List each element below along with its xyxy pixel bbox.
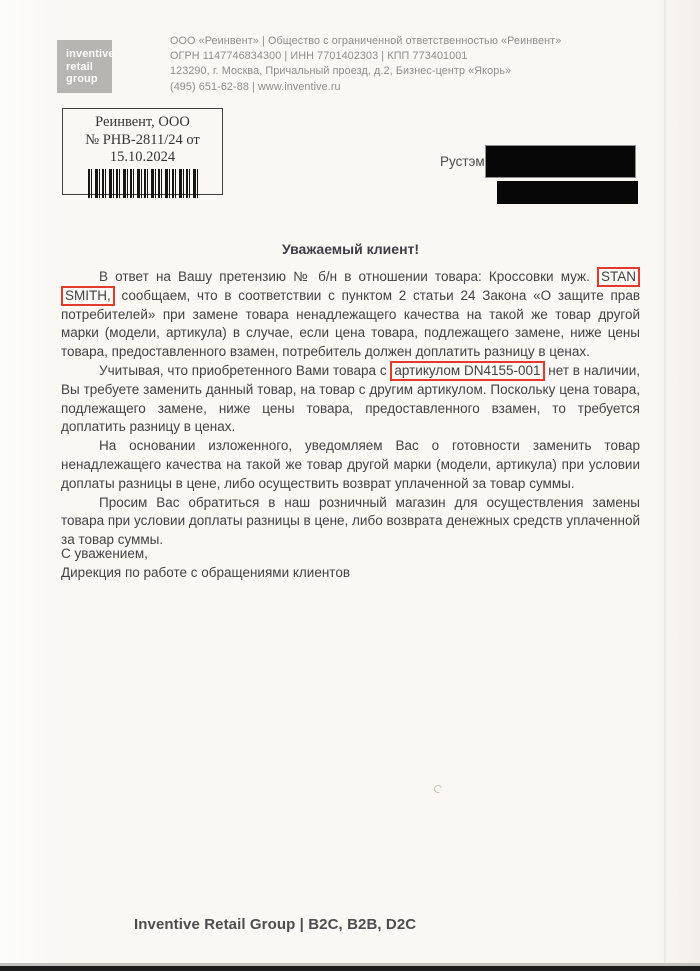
company-contact-line: (495) 651-62-88 | www.inventive.ru [170, 80, 561, 95]
logo-line: inventive [66, 48, 112, 61]
stamp-document-number: № РНВ-2811/24 от [63, 132, 222, 150]
scan-smudge-artifact [433, 784, 443, 794]
redaction-bar [486, 146, 635, 177]
company-registration-line: ОГРН 1147746834300 | ИНН 7701402303 | КП… [170, 49, 561, 64]
letter-closing: С уважением, Дирекция по работе с обраще… [61, 545, 350, 583]
barcode [88, 169, 198, 198]
letter-paragraph: Просим Вас обратиться в наш розничный ма… [61, 494, 640, 550]
letter-salutation: Уважаемый клиент! [61, 241, 640, 257]
inventive-retail-group-logo: inventive retail group [57, 40, 112, 93]
closing-regards-line: С уважением, [61, 545, 350, 564]
logo-line: group [66, 73, 112, 86]
paragraph-text: Учитывая, что приобретенного Вами товара… [99, 363, 390, 378]
red-annotation-boxed-text: артикулом DN4155-001 [390, 361, 544, 381]
recipient-name: Рустэм [440, 154, 485, 169]
footer-brand-line: Inventive Retail Group | B2C, B2B, D2C [134, 916, 416, 933]
letter-paragraph: На основании изложенного, уведомляем Вас… [61, 437, 640, 493]
letter-paragraph: Учитывая, что приобретенного Вами товара… [61, 362, 640, 437]
letter-paragraph: В ответ на Вашу претензию № б/н в отноше… [61, 268, 640, 362]
paragraph-text: Просим Вас обратиться в наш розничный ма… [61, 495, 640, 548]
scanned-letter-page: inventive retail group ООО «Реинвент» | … [0, 0, 700, 971]
paragraph-text: В ответ на Вашу претензию № б/н в отноше… [99, 269, 597, 284]
paragraph-text: На основании изложенного, уведомляем Вас… [61, 438, 640, 491]
stamp-org-name: Реинвент, ООО [63, 114, 222, 132]
closing-department-line: Дирекция по работе с обращениями клиенто… [61, 564, 350, 583]
paragraph-text: сообщаем, что в соответствии с пунктом 2… [61, 288, 640, 359]
company-details-block: ООО «Реинвент» | Общество с ограниченной… [170, 34, 561, 95]
stamp-date: 15.10.2024 [63, 149, 222, 167]
registration-stamp: Реинвент, ООО № РНВ-2811/24 от 15.10.202… [62, 108, 223, 195]
scan-edge-black-band [0, 966, 700, 971]
company-address-line: 123290, г. Москва, Причальный проезд, д.… [170, 64, 561, 79]
logo-line: retail [66, 61, 112, 74]
company-name-line: ООО «Реинвент» | Общество с ограниченной… [170, 34, 561, 49]
scan-crease-line [664, 0, 666, 964]
redaction-bar [497, 181, 638, 204]
letter-body: В ответ на Вашу претензию № б/н в отноше… [61, 268, 640, 550]
